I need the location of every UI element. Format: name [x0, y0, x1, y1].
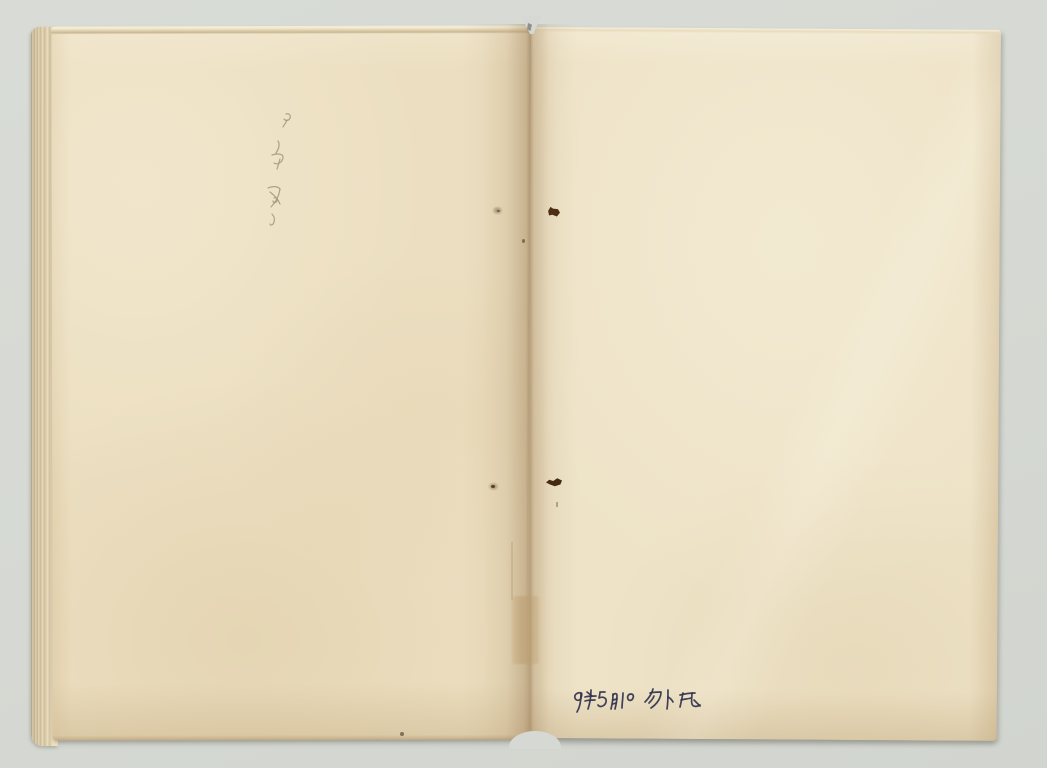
- speck-bottom-edge: [400, 732, 404, 736]
- right-page: [527, 27, 1001, 741]
- photo-canvas: [0, 0, 1047, 768]
- tiny-dot-upper-gutter: [522, 239, 525, 243]
- rust-speck-lower-left: [491, 485, 495, 488]
- tiny-mark-lower-gutter: [556, 502, 558, 507]
- binding-repair-patch: [512, 596, 539, 664]
- pencil-annotation: [253, 108, 317, 232]
- ink-annotation: [569, 682, 711, 718]
- rust-speck-upper-left: [497, 210, 500, 212]
- gutter-seam-line: [511, 542, 513, 600]
